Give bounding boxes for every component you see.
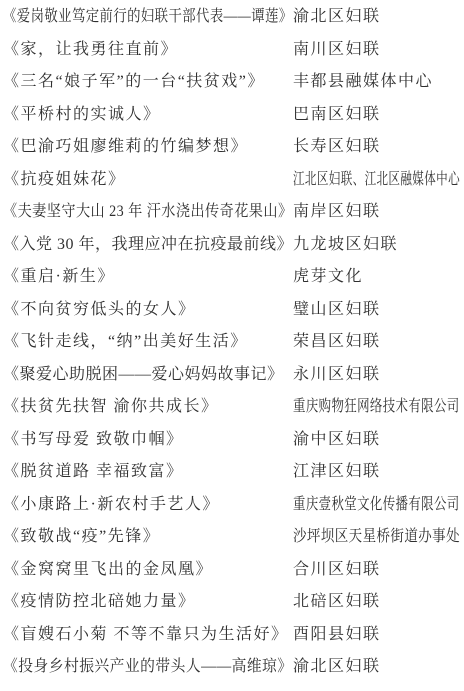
work-title: 《疫情防控北碚她力量》	[3, 594, 196, 610]
organization-cell: 沙坪坝区天星桥街道办事处	[293, 528, 460, 546]
table-row: 《扶贫先扶智 渝你共成长》 重庆购物狂网络技术有限公司	[3, 391, 460, 424]
work-title: 《盲嫂石小菊 不等不靠只为生活好》	[3, 627, 289, 643]
work-title-cell: 《金窝窝里飞出的金凤凰》	[3, 561, 293, 579]
table-row: 《小康路上·新农村手艺人》 重庆壹秋堂文化传播有限公司	[3, 489, 460, 522]
award-works-list: 《爱岗敬业笃定前行的妇联干部代表——谭莲》 渝北区妇联 《家，让我勇往直前》 南…	[0, 0, 464, 691]
organization-cell: 永川区妇联	[293, 366, 460, 384]
work-title: 《入党 30 年，我理应冲在抗疫最前线》	[3, 237, 293, 253]
work-title: 《小康路上·新农村手艺人》	[3, 497, 220, 513]
organization-cell: 长寿区妇联	[293, 138, 460, 156]
organization-name: 渝北区妇联	[293, 659, 381, 675]
organization-cell: 虎芽文化	[293, 268, 460, 286]
organization-name: 渝中区妇联	[293, 432, 381, 448]
work-title-cell: 《不向贫穷低头的女人》	[3, 301, 293, 319]
organization-name: 巴南区妇联	[293, 107, 381, 123]
organization-cell: 重庆壹秋堂文化传播有限公司	[293, 496, 460, 514]
organization-cell: 南川区妇联	[293, 41, 460, 59]
table-row: 《平桥村的实诚人》 巴南区妇联	[3, 99, 460, 132]
organization-name: 渝北区妇联	[293, 9, 381, 25]
organization-cell: 丰都县融媒体中心	[293, 73, 460, 91]
organization-cell: 渝北区妇联	[293, 8, 460, 26]
organization-cell: 巴南区妇联	[293, 106, 460, 124]
organization-name: 永川区妇联	[293, 367, 381, 383]
work-title-cell: 《家，让我勇往直前》	[3, 41, 293, 59]
table-row: 《爱岗敬业笃定前行的妇联干部代表——谭莲》 渝北区妇联	[3, 1, 460, 34]
table-row: 《致敬战“疫”先锋》 沙坪坝区天星桥街道办事处	[3, 521, 460, 554]
organization-name: 荣昌区妇联	[293, 334, 381, 350]
work-title-cell: 《抗疫姐妹花》	[3, 171, 293, 189]
organization-name: 九龙坡区妇联	[293, 237, 398, 253]
work-title: 《爱岗敬业笃定前行的妇联干部代表——谭莲》	[3, 9, 293, 25]
work-title: 《夫妻坚守大山 23 年 汗水浇出传奇花果山》	[3, 204, 293, 220]
work-title-cell: 《爱岗敬业笃定前行的妇联干部代表——谭莲》	[3, 8, 293, 26]
work-title: 《不向贫穷低头的女人》	[3, 302, 196, 318]
table-row: 《重启·新生》 虎芽文化	[3, 261, 460, 294]
work-title-cell: 《盲嫂石小菊 不等不靠只为生活好》	[3, 626, 293, 644]
organization-name: 酉阳县妇联	[293, 627, 381, 643]
work-title-cell: 《扶贫先扶智 渝你共成长》	[3, 398, 293, 416]
work-title-cell: 《入党 30 年，我理应冲在抗疫最前线》	[3, 236, 293, 254]
table-row: 《疫情防控北碚她力量》 北碚区妇联	[3, 586, 460, 619]
organization-cell: 江津区妇联	[293, 463, 460, 481]
work-title-cell: 《脱贫道路 幸福致富》	[3, 463, 293, 481]
work-title-cell: 《疫情防控北碚她力量》	[3, 593, 293, 611]
work-title: 《巴渝巧姐廖维莉的竹编梦想》	[3, 139, 248, 155]
organization-name: 沙坪坝区天星桥街道办事处	[293, 529, 460, 545]
organization-name: 重庆壹秋堂文化传播有限公司	[293, 497, 460, 513]
table-row: 《聚爱心助脱困——爱心妈妈故事记》 永川区妇联	[3, 359, 460, 392]
organization-name: 南川区妇联	[293, 42, 381, 58]
work-title: 《脱贫道路 幸福致富》	[3, 464, 184, 480]
work-title: 《家，让我勇往直前》	[3, 42, 178, 58]
organization-cell: 重庆购物狂网络技术有限公司	[293, 398, 460, 416]
table-row: 《夫妻坚守大山 23 年 汗水浇出传奇花果山》 南岸区妇联	[3, 196, 460, 229]
work-title-cell: 《平桥村的实诚人》	[3, 106, 293, 124]
document-page: { "page": { "background": "#ffffff", "te…	[0, 0, 464, 691]
organization-name: 长寿区妇联	[293, 139, 381, 155]
work-title: 《抗疫姐妹花》	[3, 172, 126, 188]
organization-name: 重庆购物狂网络技术有限公司	[293, 399, 460, 415]
table-row: 《抗疫姐妹花》 江北区妇联、江北区融媒体中心	[3, 164, 460, 197]
work-title: 《三名“娘子军”的一台“扶贫戏”》	[3, 74, 265, 90]
work-title: 《平桥村的实诚人》	[3, 107, 161, 123]
work-title-cell: 《巴渝巧姐廖维莉的竹编梦想》	[3, 138, 293, 156]
organization-cell: 九龙坡区妇联	[293, 236, 460, 254]
table-row: 《家，让我勇往直前》 南川区妇联	[3, 34, 460, 67]
organization-name: 璧山区妇联	[293, 302, 381, 318]
organization-cell: 合川区妇联	[293, 561, 460, 579]
work-title: 《金窝窝里飞出的金凤凰》	[3, 562, 213, 578]
organization-name: 北碚区妇联	[293, 594, 381, 610]
organization-name: 丰都县融媒体中心	[293, 74, 433, 90]
organization-cell: 渝北区妇联	[293, 658, 460, 676]
table-row: 《书写母爱 致敬巾帼》 渝中区妇联	[3, 424, 460, 457]
table-row: 《入党 30 年，我理应冲在抗疫最前线》 九龙坡区妇联	[3, 229, 460, 262]
work-title-cell: 《三名“娘子军”的一台“扶贫戏”》	[3, 73, 293, 91]
table-row: 《巴渝巧姐廖维莉的竹编梦想》 长寿区妇联	[3, 131, 460, 164]
table-row: 《金窝窝里飞出的金凤凰》 合川区妇联	[3, 554, 460, 587]
work-title: 《聚爱心助脱困——爱心妈妈故事记》	[3, 367, 284, 383]
work-title-cell: 《致敬战“疫”先锋》	[3, 528, 293, 546]
organization-cell: 江北区妇联、江北区融媒体中心	[293, 171, 460, 189]
work-title: 《重启·新生》	[3, 269, 115, 285]
organization-name: 江北区妇联、江北区融媒体中心	[293, 172, 460, 188]
work-title-cell: 《夫妻坚守大山 23 年 汗水浇出传奇花果山》	[3, 203, 293, 221]
organization-cell: 南岸区妇联	[293, 203, 460, 221]
organization-name: 虎芽文化	[293, 269, 363, 285]
work-title-cell: 《聚爱心助脱困——爱心妈妈故事记》	[3, 366, 293, 384]
organization-cell: 璧山区妇联	[293, 301, 460, 319]
work-title-cell: 《投身乡村振兴产业的带头人——高维琼》	[3, 658, 293, 676]
organization-name: 合川区妇联	[293, 562, 381, 578]
table-row: 《投身乡村振兴产业的带头人——高维琼》 渝北区妇联	[3, 651, 460, 684]
work-title-cell: 《书写母爱 致敬巾帼》	[3, 431, 293, 449]
organization-name: 江津区妇联	[293, 464, 381, 480]
work-title: 《飞针走线，“纳”出美好生活》	[3, 334, 248, 350]
table-row: 《盲嫂石小菊 不等不靠只为生活好》 酉阳县妇联	[3, 619, 460, 652]
table-row: 《不向贫穷低头的女人》 璧山区妇联	[3, 294, 460, 327]
table-row: 《脱贫道路 幸福致富》 江津区妇联	[3, 456, 460, 489]
work-title-cell: 《重启·新生》	[3, 268, 293, 286]
work-title: 《投身乡村振兴产业的带头人——高维琼》	[3, 659, 293, 675]
work-title-cell: 《小康路上·新农村手艺人》	[3, 496, 293, 514]
table-row: 《三名“娘子军”的一台“扶贫戏”》 丰都县融媒体中心	[3, 66, 460, 99]
organization-cell: 北碚区妇联	[293, 593, 460, 611]
organization-cell: 荣昌区妇联	[293, 333, 460, 351]
work-title: 《致敬战“疫”先锋》	[3, 529, 160, 545]
table-row: 《飞针走线，“纳”出美好生活》 荣昌区妇联	[3, 326, 460, 359]
organization-cell: 渝中区妇联	[293, 431, 460, 449]
organization-cell: 酉阳县妇联	[293, 626, 460, 644]
work-title: 《扶贫先扶智 渝你共成长》	[3, 399, 219, 415]
work-title: 《书写母爱 致敬巾帼》	[3, 432, 184, 448]
work-title-cell: 《飞针走线，“纳”出美好生活》	[3, 333, 293, 351]
organization-name: 南岸区妇联	[293, 204, 381, 220]
